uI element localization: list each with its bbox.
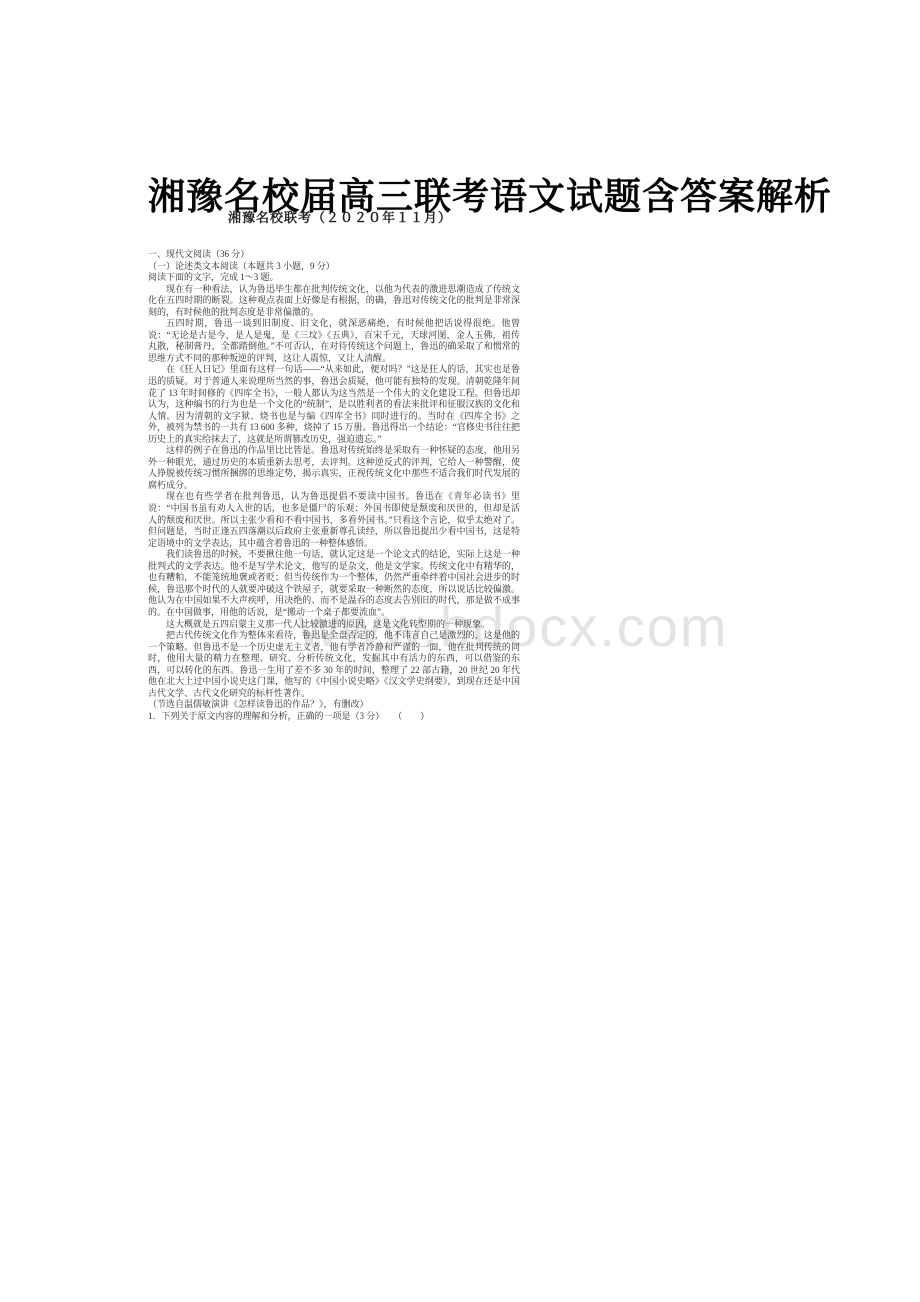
paragraph: 把古代传统文化作为整体来看待，鲁迅是全盘否定的，他不讳言自己是激烈的，这是他的一… [148, 630, 520, 699]
paragraph: （节选自温儒敏演讲《怎样读鲁迅的作品？》，有删改） [148, 699, 520, 711]
exam-text: 一、现代文阅读（36 分）（一）论述类文本阅读（本题共 3 小题，9 分）阅读下… [148, 249, 520, 722]
paragraph: （一）论述类文本阅读（本题共 3 小题，9 分） [148, 261, 520, 273]
paragraph: 这样的例子在鲁迅的作品里比比皆是。鲁迅对传统始终是采取有一种怀疑的态度，他用另外… [148, 445, 520, 491]
paragraph: 这大概就是五四启蒙主义那一代人比较激进的原因，这是文化转型期的一种现象。 [148, 619, 520, 631]
paragraph: 我们读鲁迅的时候，不要揪住他一句话，就认定这是一个论文式的结论，实际上这是一种批… [148, 549, 520, 618]
paragraph: 阅读下面的文字，完成 1～3 题。 [148, 272, 520, 284]
paragraph: 现在也有些学者在批判鲁迅，认为鲁迅提倡不要读中国书。鲁迅在《青年必读书》里说：“… [148, 491, 520, 549]
paragraph: 1．下列关于原文内容的理解和分析，正确的一项是（3 分） （ ） [148, 711, 520, 723]
paragraph: 一、现代文阅读（36 分） [148, 249, 520, 261]
paragraph: 在《狂人日记》里面有这样一句话——“从来如此，便对吗？”这是狂人的话，其实也是鲁… [148, 364, 520, 445]
exam-scan-image: 湘豫名校联考（２０２０年１１月） 一、现代文阅读（36 分）（一）论述类文本阅读… [148, 200, 520, 722]
exam-heading: 湘豫名校联考（２０２０年１１月） [228, 207, 520, 226]
paragraph: 五四时期，鲁迅一谈到旧制度、旧文化，就深恶痛绝，有时候他把话说得很绝。他曾说：“… [148, 318, 520, 364]
paragraph: 现在有一种看法，认为鲁迅毕生都在批判传统文化，以他为代表的激进思潮造成了传统文化… [148, 284, 520, 319]
